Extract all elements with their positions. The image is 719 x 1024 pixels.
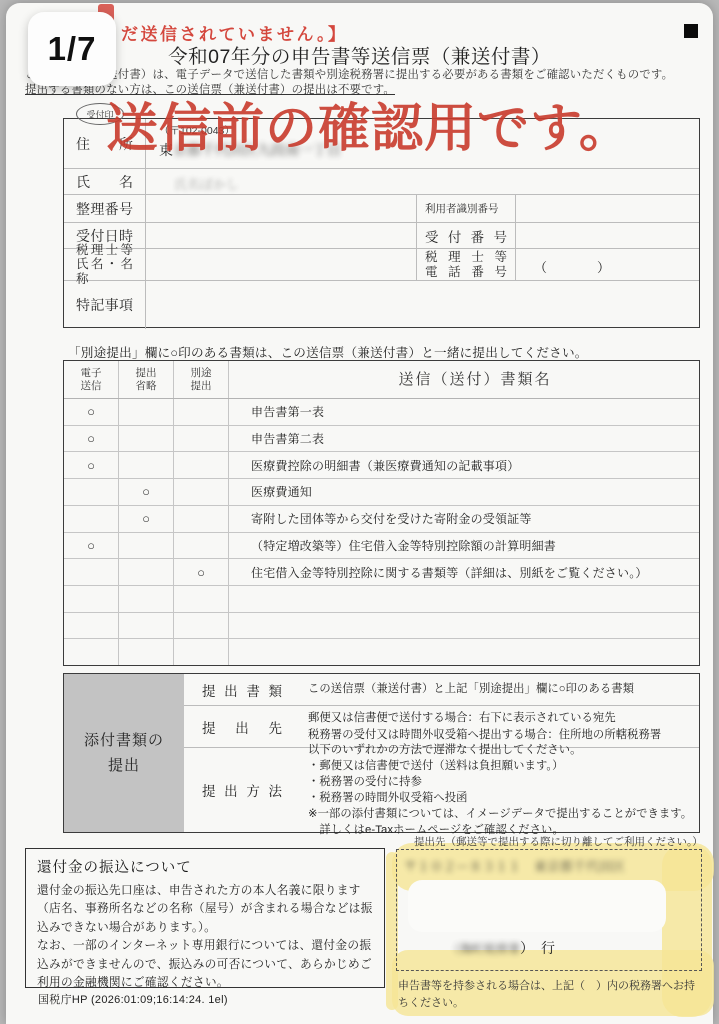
seiri-label-cell: 整理番号 xyxy=(64,195,146,222)
document-name: 医療費控除の明細書（兼医療費通知の記載事項） xyxy=(251,457,519,474)
document-name: 住宅借入金等特別控除に関する書類等（詳細は、別紙をご覧ください。） xyxy=(251,564,648,581)
destination-line2: 税務署の受付又は時間外収受箱へ提出する場合：住所地の所轄税務署 xyxy=(308,727,661,744)
documents-table-header: 電子 送信 提出 省略 別途 提出 送信（送付）書類名 xyxy=(64,361,699,399)
betto-teishutsu-notice: 「別途提出」欄に○印のある書類は、この送信票（兼送付書）と一緒に提出してください… xyxy=(68,342,588,361)
unsent-warning-text: だ送信されていません。】 xyxy=(121,20,348,45)
document-row-empty xyxy=(64,586,699,613)
refund-body-sentence2: なお、一部のインターネット専用銀行については、還付金の振込みができませんので、振… xyxy=(37,939,372,989)
refund-box-body: 還付金の振込先口座は、申告された方の本人名義に限ります（店名、事務所名などの名称… xyxy=(37,882,373,993)
document-row-empty xyxy=(64,613,699,640)
document-row: ○ 医療費通知 xyxy=(64,479,699,506)
reference-number-row: 整理番号 利用者識別番号 xyxy=(64,195,699,223)
tax-accountant-tel-label-cell: 税理士等 電話番号 xyxy=(416,249,516,280)
header-betto-teishutsu: 別途 提出 xyxy=(174,361,229,398)
tax-accountant-row: 税理士等 氏名・名称 税理士等 電話番号 （ ） xyxy=(64,249,699,281)
submit-destination-label: 提出先 xyxy=(202,717,282,737)
header-denshi-soshin: 電子 送信 xyxy=(64,361,119,398)
seiri-number-label: 整理番号 xyxy=(76,199,133,219)
special-notes-label: 特記事項 xyxy=(76,295,133,315)
submit-method-value: 以下のいずれかの方法で遅滞なく提出してください。 ・郵便又は信書便で送付（送料は… xyxy=(308,742,692,838)
document-name: （特定増改築等）住宅借入金等特別控除額の計算明細書 xyxy=(251,537,556,554)
receipt-number-label: 受付番号 xyxy=(425,226,507,246)
tax-accountant-label-line1: 税理士等 xyxy=(76,243,133,257)
document-row: ○ （特定増改築等）住宅借入金等特別控除額の計算明細書 xyxy=(64,533,699,560)
redacted-mailing-address: 〒１０２ー８３１１ 東京都千代田区 xyxy=(404,856,625,875)
document-name: 申告書第二表 xyxy=(251,430,324,447)
header-document-name: 送信（送付）書類名 xyxy=(229,361,699,398)
documents-table: 電子 送信 提出 省略 別途 提出 送信（送付）書類名 ○ 申告書第一表 ○ 申… xyxy=(63,360,700,666)
method-line2: ・郵便又は信書便で送付（送料は負担願います。） xyxy=(308,758,692,774)
header-shoryaku-line2: 省略 xyxy=(136,380,157,393)
special-notes-label-cell: 特記事項 xyxy=(64,281,146,329)
name-label-cell: 氏名 xyxy=(64,169,146,194)
attachment-section-header-cell: 添付書類の 提出 xyxy=(64,674,184,832)
document-row: ○ 申告書第一表 xyxy=(64,399,699,426)
tax-accountant-name-label-cell: 税理士等 氏名・名称 xyxy=(64,249,146,280)
submit-destination-value: 郵便又は信書便で送付する場合：右下に表示されている宛先 税務署の受付又は時間外収… xyxy=(308,710,661,744)
user-id-label-cell: 利用者識別番号 xyxy=(416,195,516,222)
header-denshi-line1: 電子 xyxy=(81,367,102,380)
page-indicator: 1/7 xyxy=(48,30,97,68)
receipt-number-label-cell: 受付番号 xyxy=(416,223,516,248)
method-line5: ※一部の添付書類については、イメージデータで提出することができます。 xyxy=(308,806,692,822)
cutout-note: 申告書等を持参される場合は、上記（ ）内の税務署へお持ちください。 xyxy=(398,978,698,1012)
method-line4: ・税務署の時間外収受箱へ投函 xyxy=(308,790,692,806)
document-row: ○ 申告書第二表 xyxy=(64,426,699,453)
page-indicator-badge: 1/7 xyxy=(28,12,116,86)
name-row: 氏名 氏名ぼかし xyxy=(64,169,699,195)
redacted-recipient: （麹町税務署 xyxy=(448,942,520,956)
header-betto-line1: 別途 xyxy=(191,367,212,380)
submit-documents-value: この送信票（兼送付書）と上記「別途提出」欄に○印のある書類 xyxy=(308,681,634,698)
submit-method-row: 提出方法 以下のいずれかの方法で遅滞なく提出してください。 ・郵便又は信書便で送… xyxy=(184,748,699,832)
document-name: 申告書第一表 xyxy=(251,403,324,420)
submit-method-label: 提出方法 xyxy=(202,780,282,800)
header-betto-line2: 提出 xyxy=(191,380,212,393)
nta-source-line: 国税庁HP (2026:01:09;16:14:24. 1el) xyxy=(38,991,228,1007)
redacted-name: 氏名ぼかし xyxy=(174,174,239,193)
document-row: ○ 住宅借入金等特別控除に関する書類等（詳細は、別紙をご覧ください。） xyxy=(64,559,699,586)
refund-body-sentence1: 還付金の振込先口座は、申告された方の本人名義に限ります（店名、事務所名などの名称… xyxy=(37,884,373,934)
tax-accountant-tel-value: （ ） xyxy=(534,257,618,276)
document-name: 寄附した団体等から交付を受けた寄附金の受領証等 xyxy=(251,510,532,527)
print-registration-mark xyxy=(684,24,698,38)
attachment-submission-table: 添付書類の 提出 提出書類 この送信票（兼送付書）と上記「別途提出」欄に○印のあ… xyxy=(63,673,700,833)
document-name: 医療費通知 xyxy=(251,483,312,500)
tax-accountant-tel-label-line1: 税理士等 xyxy=(425,250,507,264)
recipient-suffix: ） 行 xyxy=(520,940,555,956)
draft-watermark: 送信前の確認用です。 xyxy=(106,86,632,161)
cutout-caption: 提出先（郵送等で提出する際に切り離してご利用ください。） xyxy=(414,834,703,849)
special-notes-row: 特記事項 xyxy=(64,281,699,329)
header-teishutsu-shoryaku: 提出 省略 xyxy=(119,361,174,398)
document-row: ○ 医療費控除の明細書（兼医療費通知の記載事項） xyxy=(64,452,699,479)
submit-documents-row: 提出書類 この送信票（兼送付書）と上記「別途提出」欄に○印のある書類 xyxy=(184,674,699,706)
attachment-header-line1: 添付書類の xyxy=(84,728,164,754)
method-line1: 以下のいずれかの方法で遅滞なく提出してください。 xyxy=(308,742,692,758)
refund-box-title: 還付金の振込について xyxy=(37,856,373,877)
attachment-header-line2: 提出 xyxy=(108,753,140,779)
redacted-recipient-line: （麹町税務署） 行 xyxy=(448,938,555,958)
destination-line1: 郵便又は信書便で送付する場合：右下に表示されている宛先 xyxy=(308,710,661,727)
method-line3: ・税務署の受付に持参 xyxy=(308,774,692,790)
intro-line-1: この送信票（兼送付書）は、電子データで送信した書類や別途税務署に提出する必要があ… xyxy=(25,66,673,82)
circle-mark: ○ xyxy=(87,404,95,419)
header-denshi-line2: 送信 xyxy=(81,380,102,393)
header-shoryaku-line1: 提出 xyxy=(136,367,157,380)
document-row-empty xyxy=(64,639,699,665)
refund-info-box: 還付金の振込について 還付金の振込先口座は、申告された方の本人名義に限ります（店… xyxy=(25,848,385,988)
document-row: ○ 寄附した団体等から交付を受けた寄附金の受領証等 xyxy=(64,506,699,533)
name-label: 氏名 xyxy=(76,172,133,192)
user-id-label: 利用者識別番号 xyxy=(425,201,507,216)
receipt-datetime-row: 受付日時 受付番号 xyxy=(64,223,699,249)
submit-documents-label: 提出書類 xyxy=(202,680,282,700)
tax-accountant-tel-label-line2: 電話番号 xyxy=(425,265,507,279)
